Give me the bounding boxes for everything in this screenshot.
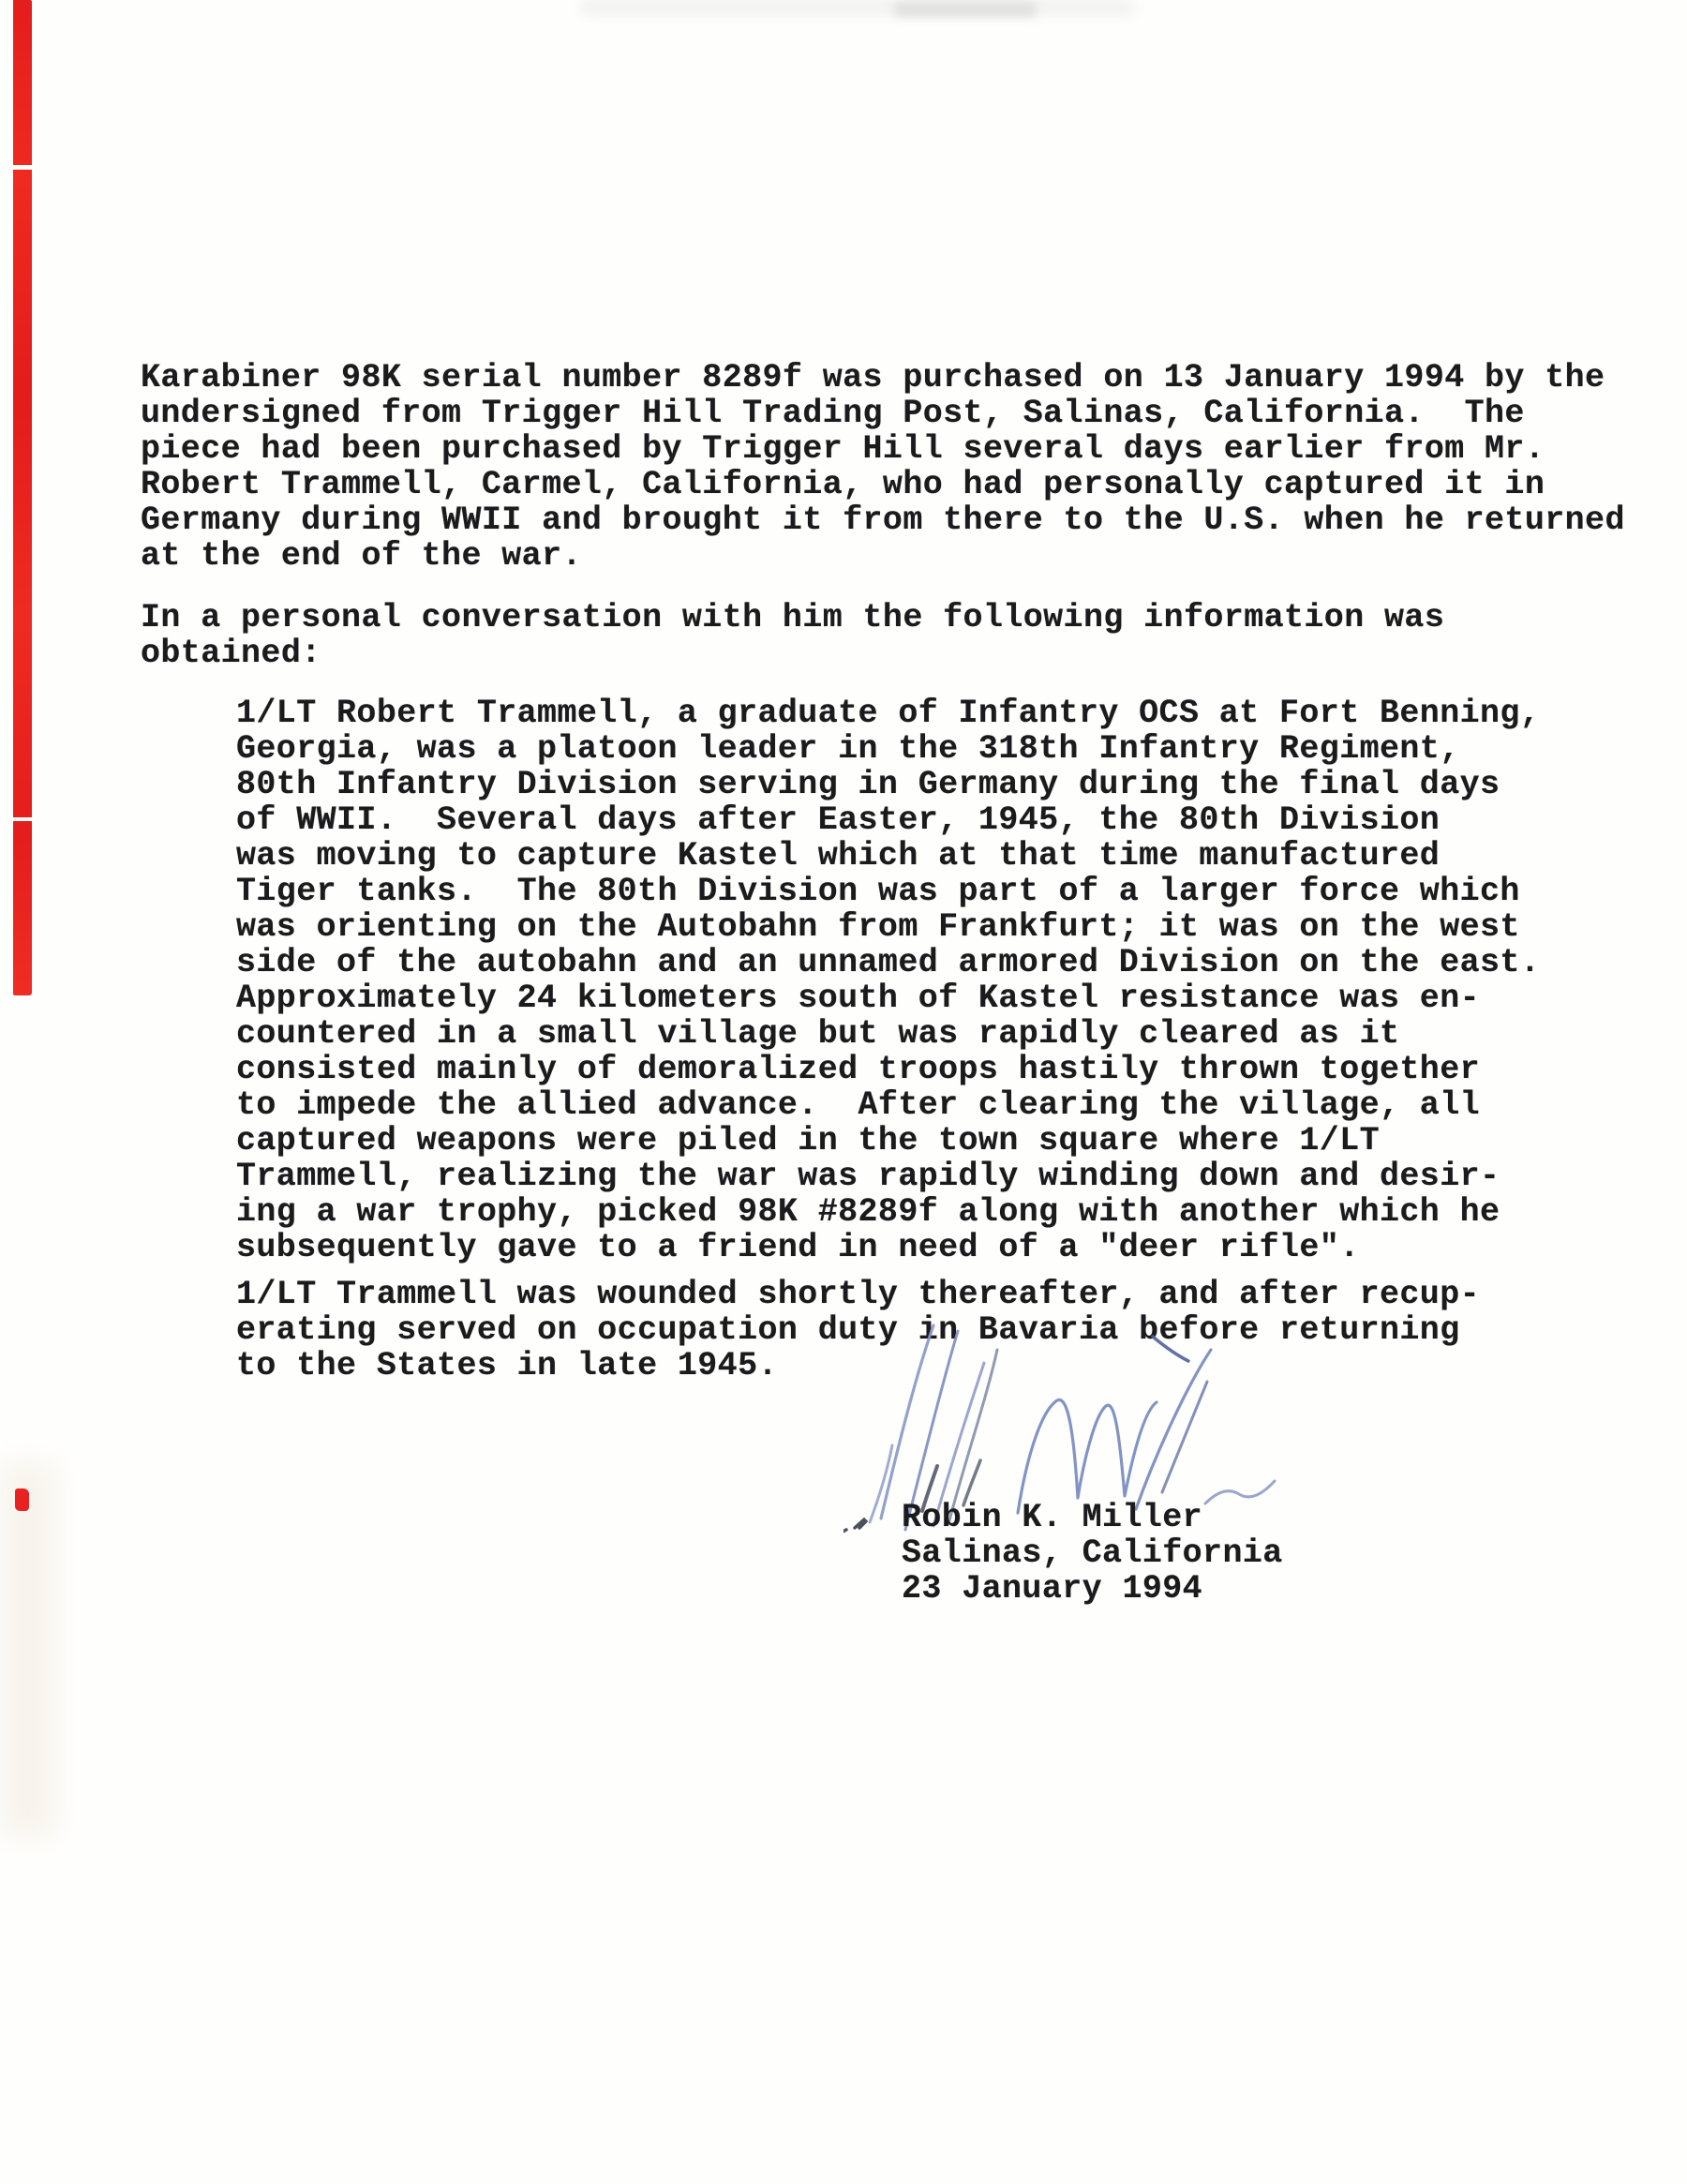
scan-smudge-top — [581, 0, 1134, 15]
signature-block: Robin K. Miller Salinas, California 23 J… — [902, 1500, 1283, 1607]
scan-smudge-left — [0, 1462, 56, 1837]
paragraph-trammell-history: 1/LT Robert Trammell, a graduate of Infa… — [236, 696, 1540, 1265]
red-fleck-artifact — [15, 1488, 29, 1511]
red-edge-gap — [11, 817, 34, 821]
paragraph-conversation-intro: In a personal conversation with him the … — [141, 600, 1444, 671]
scan-smudge-top-dark — [895, 2, 1036, 17]
red-edge-gap — [11, 165, 34, 170]
paragraph-purchase-statement: Karabiner 98K serial number 8289f was pu… — [141, 360, 1625, 574]
red-edge-artifact — [13, 0, 32, 995]
scanned-document-page: Karabiner 98K serial number 8289f was pu… — [0, 0, 1687, 2184]
